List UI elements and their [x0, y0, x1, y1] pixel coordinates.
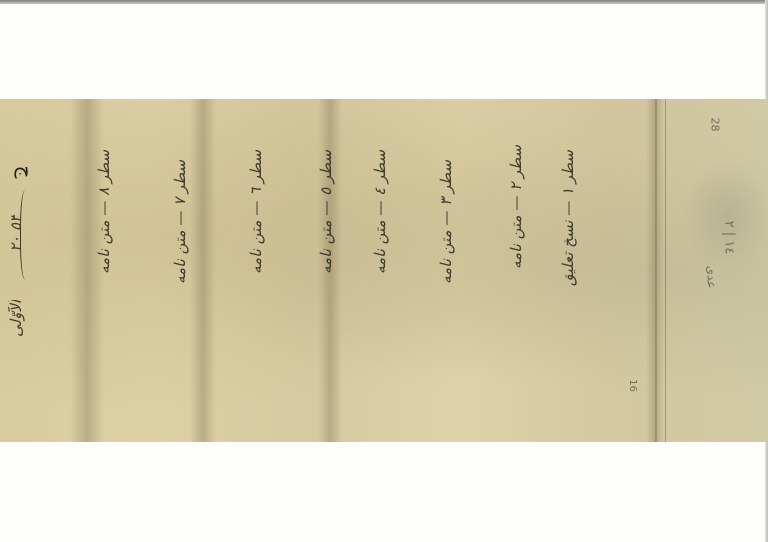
script-line-7: سطر ٧ — متن نامه — [172, 160, 196, 360]
script-line-4: سطر ٤ — متن نامه — [372, 150, 396, 360]
pencil-note: ١٤ | ٢ — [721, 221, 736, 255]
edge-line — [665, 99, 666, 442]
signature-flourish — [20, 190, 33, 280]
folio-number: 28 — [709, 118, 722, 132]
edge-line — [655, 99, 657, 442]
small-number: 16 — [627, 379, 638, 392]
script-line-1: سطر ١ — نسخ تعليق — [560, 150, 584, 350]
script-line-6: سطر ٦ — متن نامه — [248, 150, 272, 360]
script-line-5: سطر ٥ — متن نامه — [318, 150, 342, 360]
pencil-note-sub: عدی — [704, 266, 718, 289]
scanner-edge-top — [0, 0, 768, 4]
closing-line: آلاّوّلی — [8, 300, 30, 390]
script-line-3: سطر ٣ — متن نامه — [438, 160, 462, 350]
script-line-2: سطر ٢ — متن نامه — [508, 145, 532, 335]
signature-mark: ج — [14, 166, 38, 179]
script-line-8: سطر ٨ — متن نامه — [96, 150, 120, 360]
